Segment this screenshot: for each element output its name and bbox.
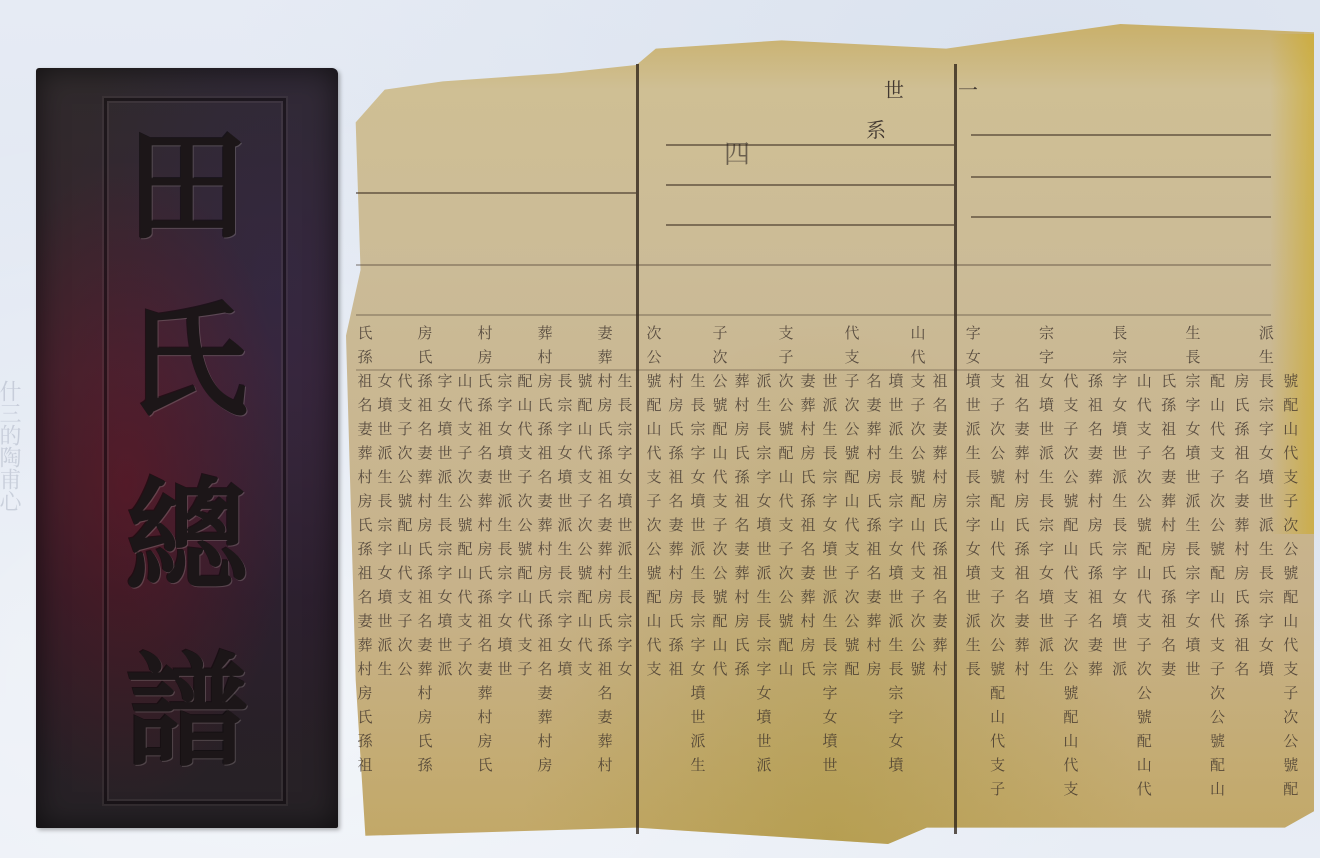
tree-glyph: 葬 [596,348,614,366]
tree-glyph: 名 [596,492,614,510]
tree-glyph: 派 [376,444,394,462]
tree-glyph: 孫 [666,636,686,654]
tree-glyph [644,756,664,774]
tree-glyph: 配 [986,684,1008,702]
tree-glyph: 支 [644,468,664,486]
tree-glyph: 村 [732,588,752,606]
tree-glyph: 號 [396,492,414,510]
tree-glyph: 代 [456,588,474,606]
tree-glyph: 子 [516,660,534,678]
tree-glyph: 號 [710,588,730,606]
tree-glyph: 女 [1035,564,1057,582]
tree-glyph: 世 [1182,468,1204,486]
plaque-char-1: 田 [126,125,248,247]
tree-glyph [396,684,414,702]
tree-glyph: 生 [688,756,708,774]
tree-glyph: 支 [986,564,1008,582]
tree-glyph: 葬 [596,540,614,558]
tree-glyph: 字 [962,516,984,534]
tree-glyph: 女 [1035,372,1057,390]
tree-glyph: 配 [842,468,862,486]
tree-glyph [396,708,414,726]
tree-glyph: 長 [1109,516,1131,534]
tree-glyph: 孫 [732,660,752,678]
tree-glyph: 房 [416,324,434,342]
tree-glyph: 派 [1109,660,1131,678]
tree-glyph: 祖 [1231,636,1253,654]
tree-glyph: 生 [1255,348,1277,366]
tree-glyph: 號 [576,564,594,582]
tree-glyph: 字 [1109,564,1131,582]
tree-glyph: 山 [1133,564,1155,582]
tree-glyph: 號 [908,660,928,678]
tree-glyph: 世 [754,732,774,750]
tree-glyph: 氏 [536,588,554,606]
tree-glyph: 長 [436,516,454,534]
tree-glyph [962,732,984,750]
tree-glyph [798,324,818,342]
tree-glyph: 名 [1084,420,1106,438]
tree-glyph [930,756,950,774]
tree-glyph: 生 [962,636,984,654]
tree-glyph: 生 [754,396,774,414]
tree-glyph: 祖 [416,588,434,606]
tree-glyph: 葬 [1011,636,1033,654]
tree-glyph: 派 [1109,468,1131,486]
tree-glyph: 墳 [886,372,906,390]
tree-glyph [1133,348,1155,366]
tree-glyph: 子 [986,588,1008,606]
tree-glyph: 宗 [754,636,774,654]
tree-glyph: 氏 [416,348,434,366]
tree-glyph: 世 [496,660,514,678]
tree-glyph [1182,780,1204,798]
tree-glyph: 女 [820,708,840,726]
heading-glyph: 世 [884,74,904,103]
tree-glyph [436,708,454,726]
tree-glyph [962,708,984,726]
tree-glyph: 葬 [864,612,884,630]
tree-glyph: 次 [396,444,414,462]
tree-glyph: 房 [930,492,950,510]
tree-glyph: 氏 [356,516,374,534]
tree-glyph [962,780,984,798]
tree-glyph: 子 [710,516,730,534]
tree-glyph: 代 [710,660,730,678]
tree-glyph: 山 [776,468,796,486]
tree-glyph [1084,732,1106,750]
tree-glyph: 山 [396,540,414,558]
tree-glyph: 公 [986,444,1008,462]
tree-glyph: 房 [666,396,686,414]
tree-glyph [644,684,664,702]
tree-glyph [754,348,774,366]
tree-glyph: 配 [1060,516,1082,534]
tree-glyph: 派 [886,420,906,438]
tree-glyph: 村 [930,468,950,486]
tree-glyph: 氏 [416,540,434,558]
tree-glyph [930,708,950,726]
tree-glyph: 氏 [864,492,884,510]
tree-glyph: 葬 [798,396,818,414]
tree-glyph: 字 [1035,348,1057,366]
tree-glyph: 配 [456,540,474,558]
tree-glyph: 子 [710,324,730,342]
tree-glyph [864,324,884,342]
tree-glyph: 墳 [1255,468,1277,486]
tree-glyph: 派 [496,492,514,510]
tree-glyph: 村 [536,348,554,366]
tree-glyph [986,324,1008,342]
tree-glyph: 妻 [1084,444,1106,462]
tree-glyph: 女 [962,540,984,558]
tree-glyph: 女 [1182,420,1204,438]
tree-glyph: 宗 [616,612,634,630]
tree-glyph: 宗 [556,396,574,414]
tree-glyph [1182,732,1204,750]
tree-glyph: 村 [356,660,374,678]
tree-glyph: 孫 [1231,612,1253,630]
tree-glyph: 生 [688,372,708,390]
tree-glyph: 墳 [436,420,454,438]
tree-glyph: 號 [908,468,928,486]
tree-glyph: 宗 [1255,588,1277,606]
tree-glyph: 村 [798,420,818,438]
tree-glyph [688,348,708,366]
tree-glyph: 女 [376,564,394,582]
tree-glyph: 村 [732,396,752,414]
tree-glyph: 房 [666,588,686,606]
tree-glyph: 墳 [1255,660,1277,678]
tree-glyph [864,708,884,726]
tree-glyph: 世 [376,420,394,438]
tree-glyph: 公 [1206,516,1228,534]
tree-glyph: 宗 [556,588,574,606]
tree-glyph: 配 [908,492,928,510]
tree-glyph: 生 [1182,516,1204,534]
tree-glyph: 孫 [1084,564,1106,582]
tree-glyph [930,324,950,342]
tree-glyph: 氏 [1157,372,1179,390]
tree-glyph: 妻 [596,516,614,534]
tree-glyph: 字 [1035,540,1057,558]
tree-glyph: 山 [710,636,730,654]
tree-glyph: 名 [1157,444,1179,462]
tree-glyph: 房 [536,372,554,390]
tree-glyph: 村 [596,756,614,774]
tree-glyph: 宗 [688,612,708,630]
tree-glyph: 次 [1206,684,1228,702]
tree-glyph [864,684,884,702]
tree-glyph: 字 [556,420,574,438]
tree-glyph: 妻 [356,420,374,438]
tree-glyph [436,324,454,342]
tree-glyph: 村 [1084,492,1106,510]
heading-glyph: 一 [958,74,978,103]
tree-glyph: 支 [776,516,796,534]
tree-glyph: 代 [516,420,534,438]
tree-glyph: 名 [1011,588,1033,606]
tree-glyph: 派 [616,540,634,558]
tree-glyph: 配 [1280,780,1302,798]
tree-glyph: 子 [1060,612,1082,630]
tree-glyph: 女 [1109,588,1131,606]
tree-glyph: 字 [1182,396,1204,414]
tree-glyph: 長 [616,396,634,414]
tree-glyph: 子 [1060,420,1082,438]
tree-glyph: 支 [776,324,796,342]
tree-glyph: 祖 [536,444,554,462]
tree-glyph: 子 [1206,468,1228,486]
tree-glyph: 次 [644,516,664,534]
tree-glyph [1157,684,1179,702]
tree-glyph: 長 [754,420,774,438]
tree-glyph: 祖 [666,468,686,486]
tree-glyph: 祖 [1084,396,1106,414]
tree-glyph [1109,708,1131,726]
tree-glyph: 女 [886,540,906,558]
tree-glyph: 祖 [666,660,686,678]
tree-glyph: 號 [644,564,664,582]
tree-glyph: 孫 [356,348,374,366]
tree-glyph: 支 [1060,588,1082,606]
tree-glyph: 子 [576,492,594,510]
tree-glyph: 子 [456,636,474,654]
tree-glyph: 墳 [820,732,840,750]
tree-glyph: 名 [930,588,950,606]
tree-glyph: 字 [436,564,454,582]
tree-glyph [376,348,394,366]
tree-glyph: 代 [644,636,664,654]
tree-glyph: 山 [644,612,664,630]
tree-glyph: 公 [1280,540,1302,558]
plaque-char-2: 氏 [126,300,248,422]
tree-glyph [732,324,752,342]
tree-glyph: 字 [1255,420,1277,438]
tree-glyph: 山 [908,324,928,342]
tree-glyph: 氏 [798,660,818,678]
tree-glyph: 氏 [476,564,494,582]
genealogy-manuscript: 世 系 一 四 氏房村葬妻孫氏房村葬祖女代孫字山氏宗配房長號村生名墳支祖女代孫字… [346,24,1314,844]
tree-glyph: 長 [1035,492,1057,510]
tree-glyph: 宗 [962,492,984,510]
tree-glyph: 房 [596,396,614,414]
tree-glyph: 代 [1060,756,1082,774]
tree-glyph: 山 [576,420,594,438]
tree-glyph: 妻 [1157,468,1179,486]
tree-glyph: 名 [1084,612,1106,630]
tree-glyph [376,684,394,702]
tree-glyph: 生 [820,420,840,438]
tree-glyph: 配 [1206,756,1228,774]
tree-glyph: 名 [416,420,434,438]
tree-glyph: 派 [436,468,454,486]
tree-glyph: 女 [616,468,634,486]
tree-glyph: 孫 [356,540,374,558]
tree-glyph: 妻 [1011,612,1033,630]
tree-glyph: 墳 [616,492,634,510]
tree-glyph: 祖 [356,756,374,774]
tree-glyph: 次 [644,324,664,342]
tree-glyph: 村 [864,444,884,462]
tree-glyph: 女 [962,348,984,366]
tree-glyph: 公 [908,636,928,654]
tree-glyph: 妻 [1231,492,1253,510]
tree-glyph: 孫 [416,756,434,774]
tree-glyph: 字 [496,396,514,414]
tree-glyph [1035,684,1057,702]
tree-glyph: 長 [1109,324,1131,342]
tree-glyph [556,732,574,750]
tree-glyph: 長 [556,564,574,582]
tree-glyph [908,708,928,726]
tree-glyph: 號 [456,516,474,534]
tree-glyph: 墳 [1035,396,1057,414]
tree-glyph: 山 [1133,756,1155,774]
tree-glyph: 代 [576,444,594,462]
tree-glyph [1109,732,1131,750]
tree-glyph [1280,324,1302,342]
tree-glyph [1011,756,1033,774]
tree-glyph: 祖 [356,564,374,582]
tree-glyph [576,348,594,366]
tree-glyph: 葬 [476,492,494,510]
tree-glyph: 世 [496,468,514,486]
tree-glyph: 子 [986,396,1008,414]
tree-panel-1: 氏房村葬妻孫氏房村葬祖女代孫字山氏宗配房長號村生名墳支祖女代孫字山氏宗配房長妻世… [356,324,634,774]
tree-glyph [1280,348,1302,366]
tree-glyph: 孫 [1157,588,1179,606]
tree-glyph: 孫 [864,516,884,534]
tree-glyph: 祖 [596,468,614,486]
tree-glyph: 墳 [688,492,708,510]
tree-glyph: 代 [576,636,594,654]
tree-glyph: 葬 [596,732,614,750]
tree-glyph: 公 [986,636,1008,654]
tree-glyph: 世 [436,444,454,462]
tree-glyph: 子 [644,492,664,510]
tree-glyph [516,324,534,342]
tree-glyph: 祖 [798,516,818,534]
tree-glyph [496,684,514,702]
tree-glyph: 配 [644,588,664,606]
tree-glyph [776,756,796,774]
tree-glyph: 妻 [1157,660,1179,678]
tree-glyph: 孫 [596,444,614,462]
tree-glyph: 次 [842,396,862,414]
tree-glyph: 配 [986,492,1008,510]
tree-glyph: 生 [886,636,906,654]
tree-glyph: 號 [576,372,594,390]
row-line [356,314,1271,316]
tree-glyph: 妻 [798,564,818,582]
tree-glyph: 世 [688,516,708,534]
tree-glyph: 房 [798,444,818,462]
tree-glyph [396,732,414,750]
tree-glyph [556,684,574,702]
tree-glyph: 世 [616,516,634,534]
tree-glyph: 配 [1280,588,1302,606]
tree-glyph: 派 [376,636,394,654]
tree-glyph: 宗 [376,516,394,534]
tree-glyph: 村 [416,492,434,510]
tree-glyph: 墳 [1035,588,1057,606]
tree-glyph: 配 [516,372,534,390]
tree-glyph: 妻 [416,444,434,462]
tree-glyph: 支 [1060,780,1082,798]
tree-panel-2: 次子支代山公次子支代號村生公葬派次妻世子名墳支祖配房長號村生公葬派次妻世子名山氏… [644,324,950,774]
tree-glyph: 房 [476,348,494,366]
tree-glyph: 支 [576,468,594,486]
tree-glyph: 山 [1280,612,1302,630]
row-line [971,216,1271,218]
plaque-inscription: 田 氏 總 譜 [36,68,338,828]
tree-glyph: 祖 [1231,444,1253,462]
tree-glyph: 名 [798,540,818,558]
tree-glyph [776,732,796,750]
tree-glyph: 代 [1133,396,1155,414]
tree-glyph [1255,780,1277,798]
tree-glyph: 字 [1109,372,1131,390]
tree-glyph: 房 [356,684,374,702]
tree-glyph: 墳 [754,516,774,534]
tree-glyph: 次 [776,372,796,390]
tree-glyph: 名 [732,516,752,534]
tree-glyph [1157,708,1179,726]
tree-glyph: 孫 [476,396,494,414]
tree-glyph [820,324,840,342]
tree-glyph [1084,780,1106,798]
tree-glyph: 山 [516,396,534,414]
tree-glyph: 子 [396,420,414,438]
tree-glyph: 孫 [732,468,752,486]
tree-glyph [436,684,454,702]
tree-glyph: 村 [416,684,434,702]
tree-glyph: 子 [842,372,862,390]
tree-glyph: 號 [1060,492,1082,510]
tree-glyph: 氏 [476,372,494,390]
tree-glyph: 名 [1157,636,1179,654]
tree-glyph [1231,780,1253,798]
tree-glyph: 長 [556,372,574,390]
tree-glyph: 山 [456,564,474,582]
tree-glyph: 世 [886,588,906,606]
plaque-char-3: 總 [126,475,248,597]
tree-glyph [376,708,394,726]
tree-glyph: 女 [616,660,634,678]
tree-glyph [962,684,984,702]
wooden-plaque: 田 氏 總 譜 [36,68,338,828]
tree-glyph [710,732,730,750]
tree-glyph: 山 [1133,372,1155,390]
tree-glyph: 支 [908,372,928,390]
tree-glyph [516,684,534,702]
tree-glyph: 子 [908,396,928,414]
tree-glyph: 生 [616,372,634,390]
tree-glyph: 祖 [864,540,884,558]
tree-glyph: 派 [754,756,774,774]
tree-glyph [776,708,796,726]
tree-glyph: 妻 [1084,636,1106,654]
tree-glyph: 字 [886,516,906,534]
tree-glyph: 公 [1280,732,1302,750]
tree-glyph: 派 [962,612,984,630]
tree-glyph: 村 [596,564,614,582]
tree-glyph: 祖 [596,660,614,678]
tree-glyph [798,756,818,774]
tree-glyph: 公 [1060,468,1082,486]
tree-glyph: 子 [776,540,796,558]
